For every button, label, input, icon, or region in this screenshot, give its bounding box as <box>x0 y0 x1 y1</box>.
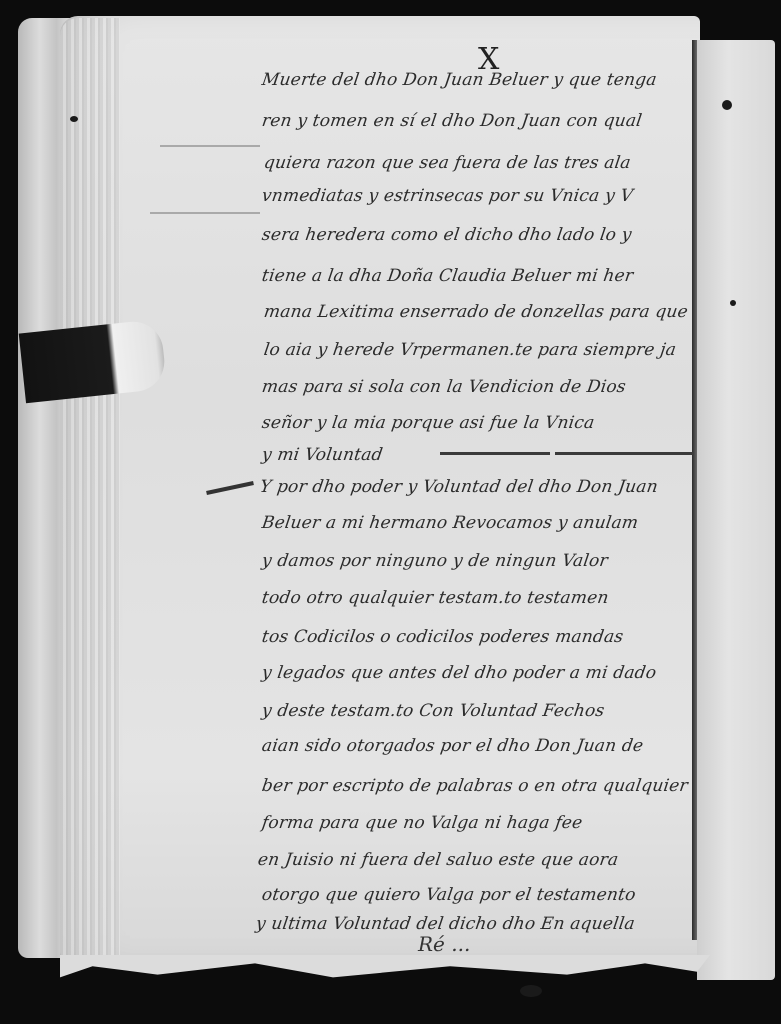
text-line: mas para si sola con la Vendicion de Dio… <box>261 377 628 397</box>
text-line: tiene a la dha Doña Claudia Beluer mi he… <box>261 266 635 286</box>
text-line: y mi Voluntad <box>261 445 385 465</box>
text-line: lo aia y herede Vrpermanen.te para siemp… <box>263 340 678 360</box>
text-line: otorgo que quiero Valga por el testament… <box>261 885 637 905</box>
text-line: todo otro qualquier testam.to testamen <box>261 588 610 608</box>
text-line: ren y tomen en sí el dho Don Juan con qu… <box>261 111 644 131</box>
text-line: aian sido otorgados por el dho Don Juan … <box>261 736 645 756</box>
text-line: mana Lexitima enserrado de donzellas par… <box>263 302 690 322</box>
signature-rubric: Ré ... <box>418 932 470 956</box>
text-line: y damos por ninguno y de ningun Valor <box>261 551 610 571</box>
text-line: Beluer a mi hermano Revocamos y anulam <box>261 513 640 533</box>
section-mark <box>206 481 254 495</box>
text-line: señor y la mia porque asi fue la Vnica <box>261 413 596 433</box>
text-line: Muerte del dho Don Juan Beluer y que ten… <box>261 70 658 90</box>
text-line: vnmediatas y estrinsecas por su Vnica y … <box>261 186 635 206</box>
text-line: quiera razon que sea fuera de las tres a… <box>263 153 632 173</box>
text-line: y legados que antes del dho poder a mi d… <box>261 663 658 683</box>
line-filler <box>555 452 693 455</box>
text-line: tos Codicilos o codicilos poderes mandas <box>261 627 625 647</box>
text-line: Y por dho poder y Voluntad del dho Don J… <box>259 477 660 497</box>
line-filler <box>440 452 550 455</box>
text-line: y ultima Voluntad del dicho dho En aquel… <box>255 914 637 934</box>
text-line: en Juisio ni fuera del saluo este que ao… <box>257 850 620 870</box>
text-line: forma para que no Valga ni haga fee <box>261 813 584 833</box>
text-line: sera heredera como el dicho dho lado lo … <box>261 225 633 245</box>
text-line: ber por escripto de palabras o en otra q… <box>261 776 690 796</box>
text-line: y deste testam.to Con Voluntad Fechos <box>261 701 606 721</box>
manuscript-text: Muerte del dho Don Juan Beluer y que ten… <box>0 0 781 1024</box>
